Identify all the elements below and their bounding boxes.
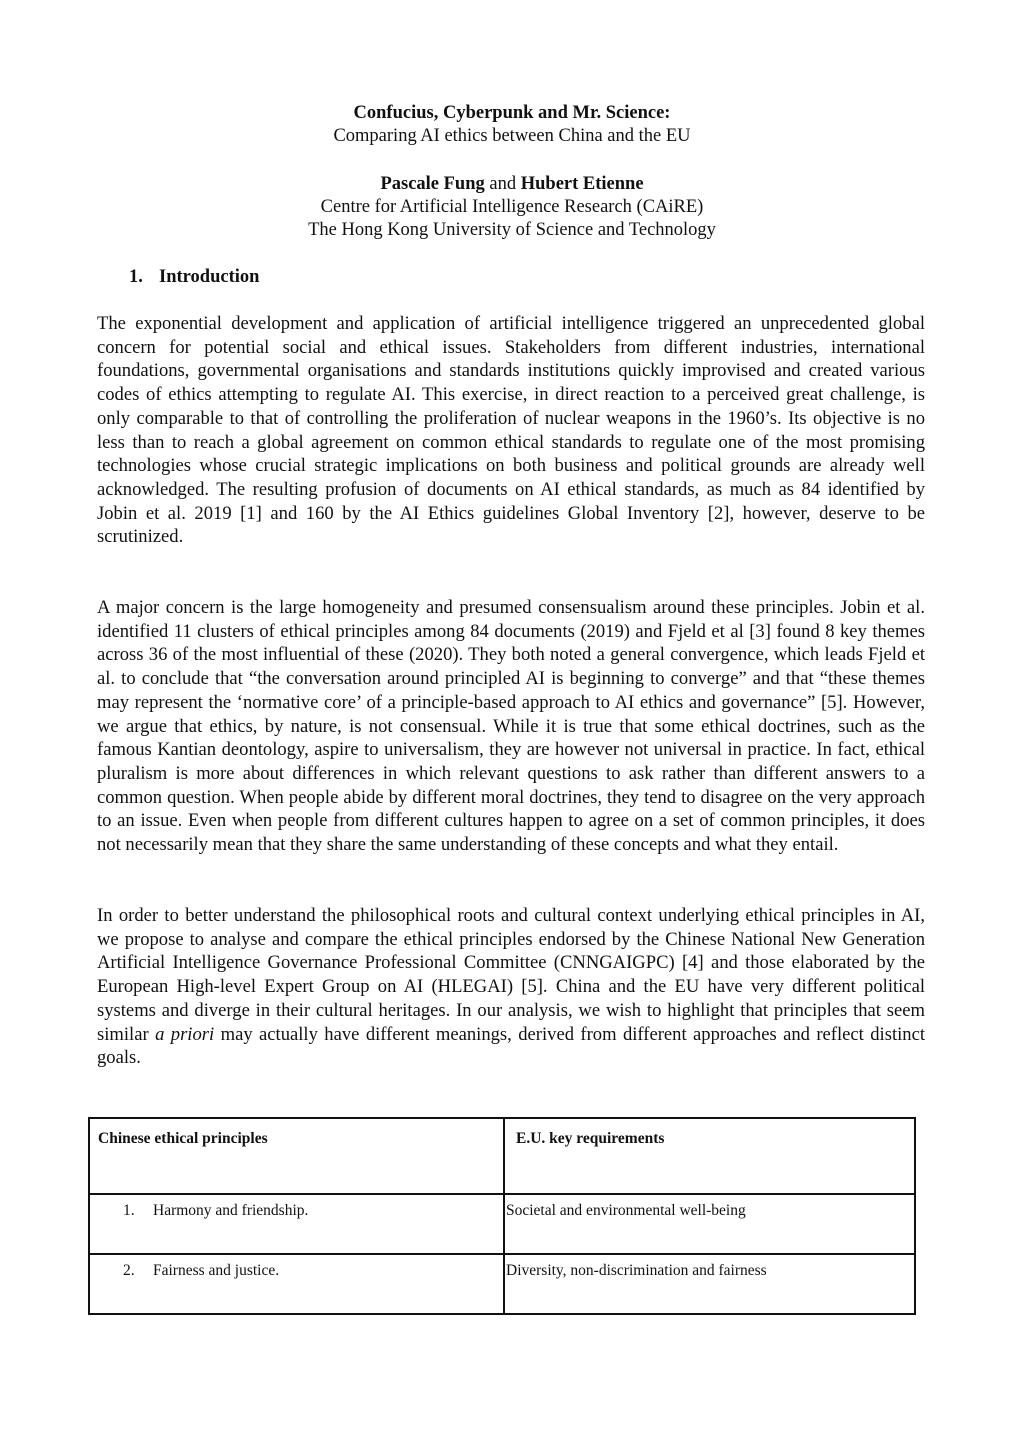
table-cell: 2.Fairness and justice. [89,1254,504,1314]
table-row: 1.Harmony and friendship. Societal and e… [89,1194,915,1254]
paragraph-intro: The exponential development and applicat… [97,312,925,549]
italic-term: a priori [155,1024,214,1045]
paragraph-consensus: A major concern is the large homogeneity… [97,596,925,857]
affiliation-centre: Centre for Artificial Intelligence Resea… [0,195,1024,219]
author-line: Pascale Fung and Hubert Etienne [0,172,1024,196]
chinese-principle: Harmony and friendship. [153,1202,308,1219]
paragraph-text: may actually have different meanings, de… [97,1024,925,1069]
table-header-row: Chinese ethical principles E.U. key requ… [89,1118,915,1194]
header-eu-requirements: E.U. key requirements [505,1119,914,1148]
principles-comparison-table: Chinese ethical principles E.U. key requ… [88,1117,916,1315]
section-title: Introduction [159,267,259,287]
row-number: 1. [123,1202,153,1220]
author-name: Hubert Etienne [521,174,644,194]
table-header-cell: E.U. key requirements [504,1118,915,1194]
affiliation-university: The Hong Kong University of Science and … [0,218,1024,242]
eu-requirement: Societal and environmental well-being [505,1195,914,1220]
paper-title: Confucius, Cyberpunk and Mr. Science: [0,101,1024,125]
table-cell: Diversity, non-discrimination and fairne… [504,1254,915,1314]
table-cell: 1.Harmony and friendship. [89,1194,504,1254]
paper-subtitle: Comparing AI ethics between China and th… [0,124,1024,148]
document-page: Confucius, Cyberpunk and Mr. Science: Co… [0,0,1024,1447]
table-header-cell: Chinese ethical principles [89,1118,504,1194]
chinese-principle: Fairness and justice. [153,1262,279,1279]
header-chinese-principles: Chinese ethical principles [90,1119,503,1148]
author-name: Pascale Fung [380,174,484,194]
author-connector: and [485,174,521,194]
paragraph-approach: In order to better understand the philos… [97,904,925,1070]
section-number: 1. [129,265,159,289]
eu-requirement: Diversity, non-discrimination and fairne… [505,1255,914,1280]
table-row: 2.Fairness and justice. Diversity, non-d… [89,1254,915,1314]
table-cell: Societal and environmental well-being [504,1194,915,1254]
row-number: 2. [123,1262,153,1280]
section-heading: 1.Introduction [129,265,259,289]
